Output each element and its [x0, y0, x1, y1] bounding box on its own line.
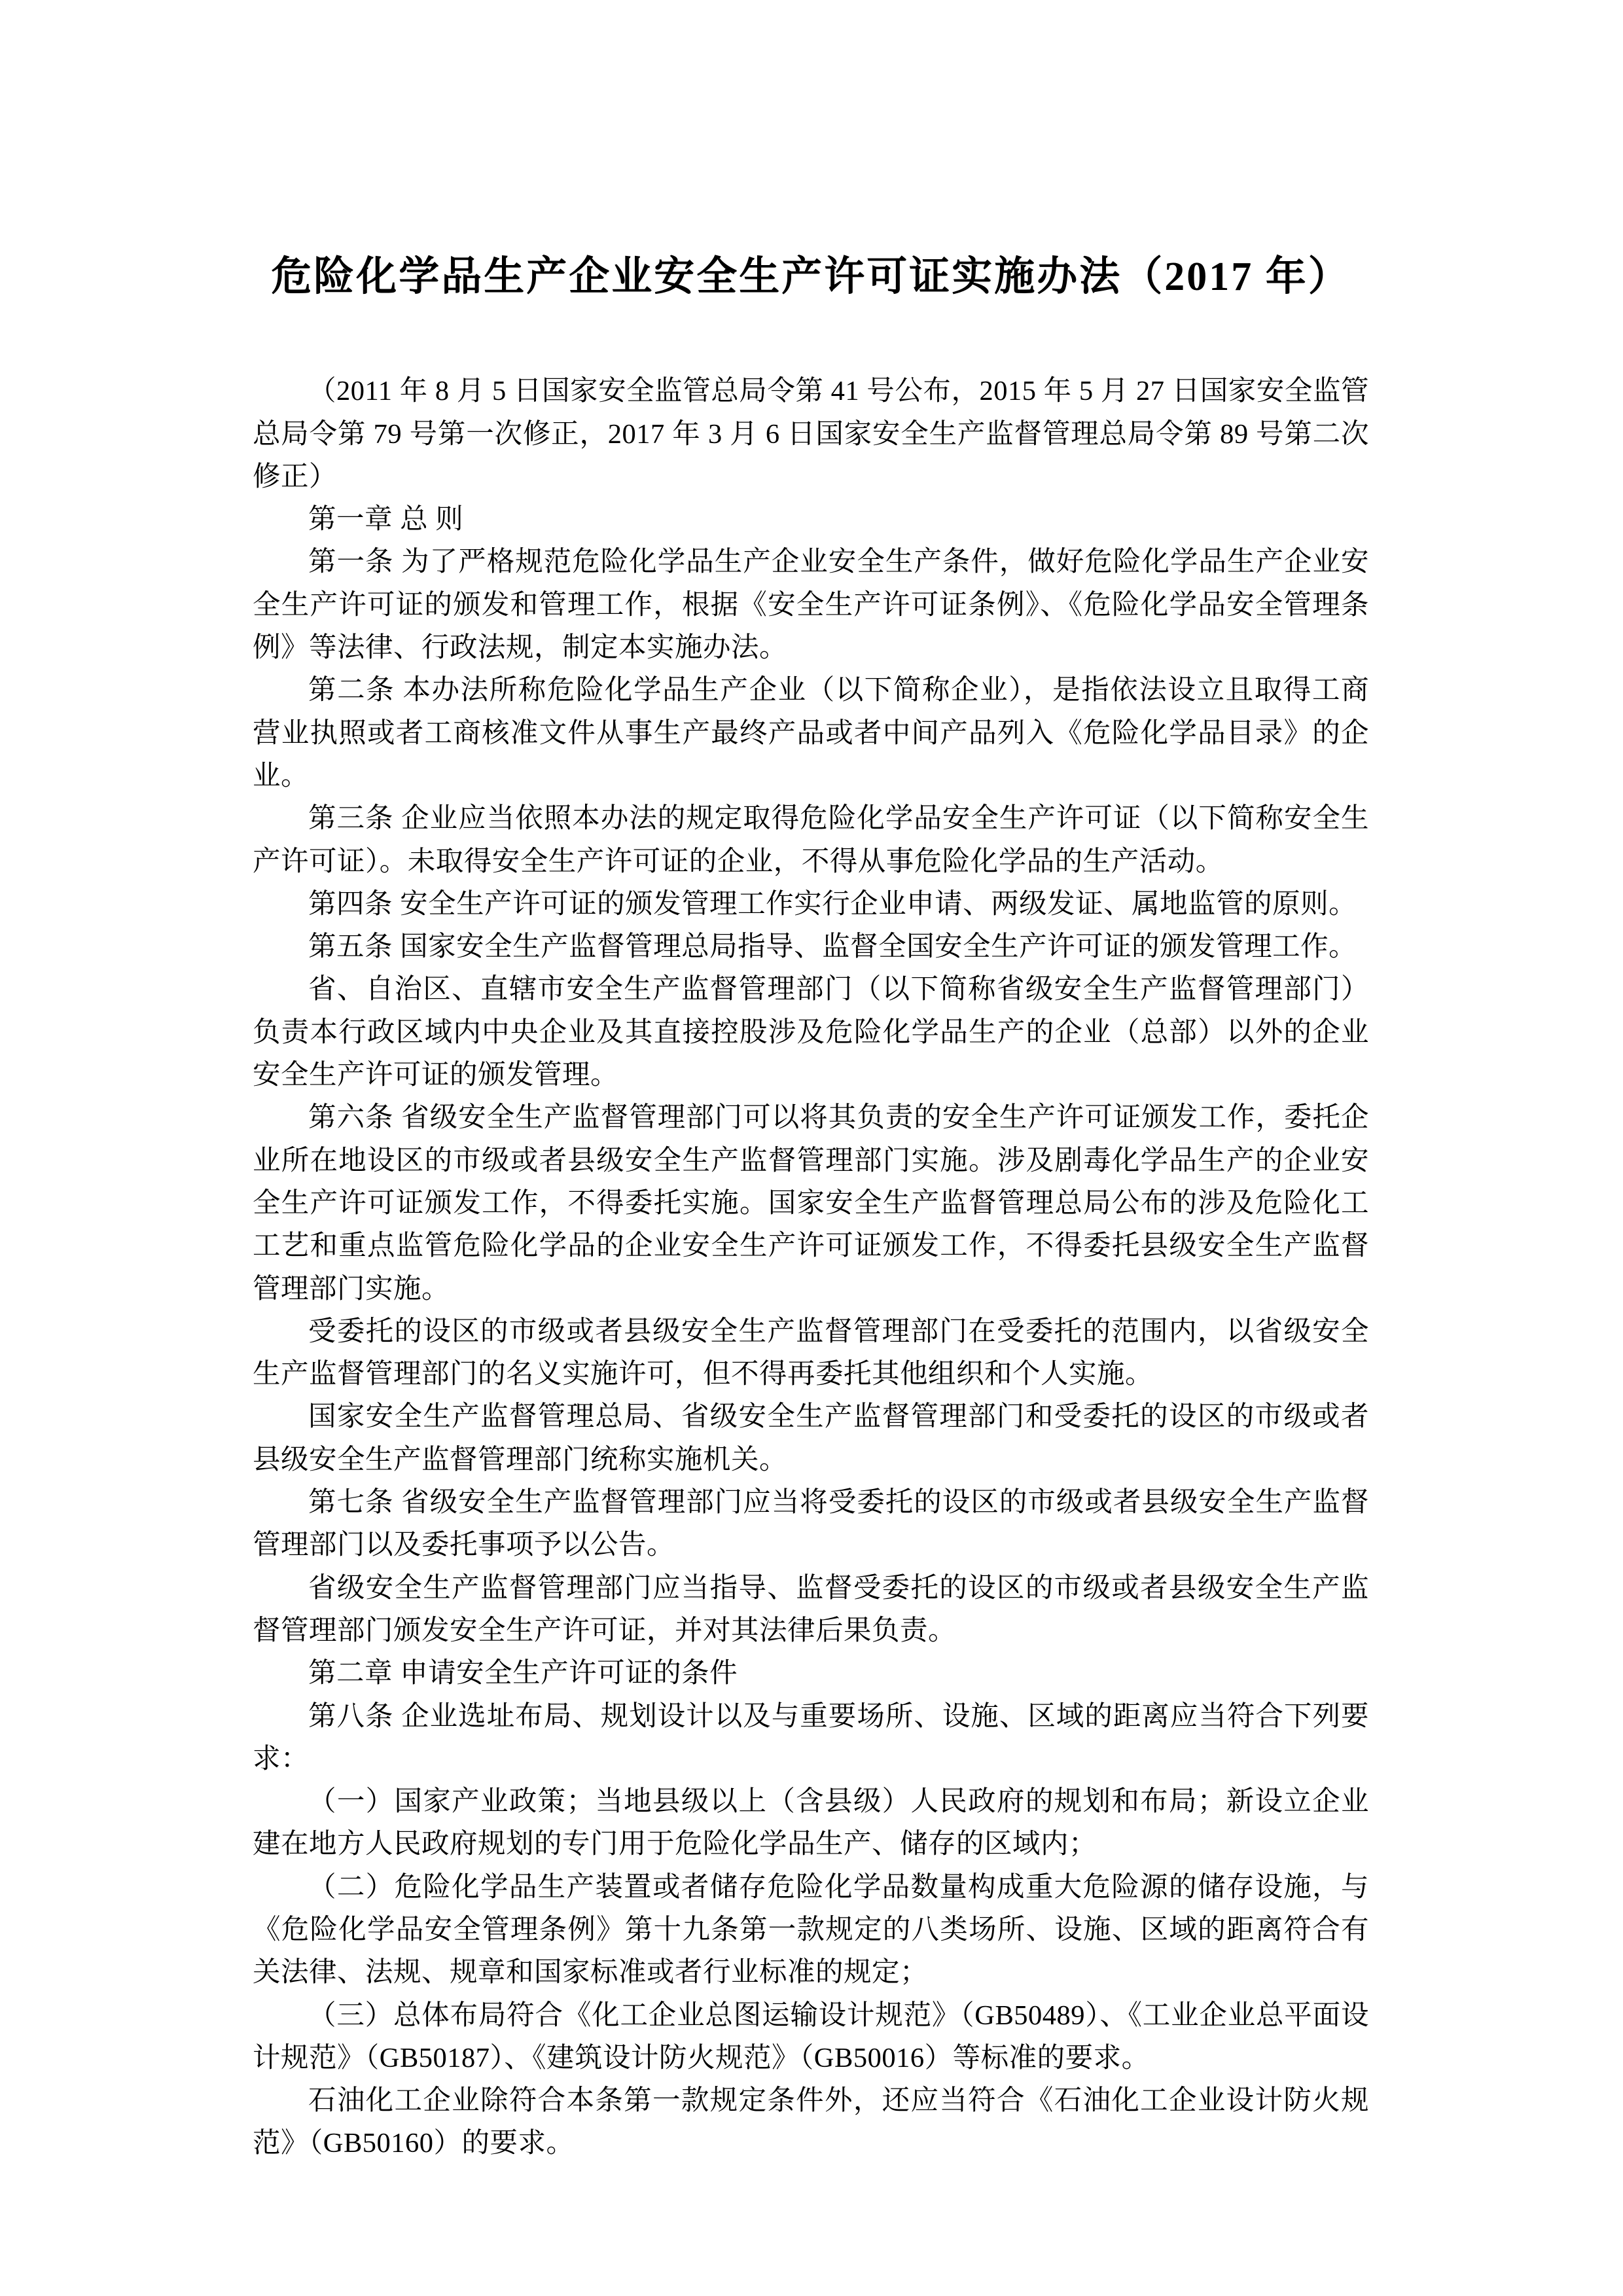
paragraph-article-7-clause-2: 省级安全生产监督管理部门应当指导、监督受委托的设区的市级或者县级安全生产监督管理… [253, 1567, 1369, 1653]
paragraph-article-5-clause-2: 省、自治区、直辖市安全生产监督管理部门（以下简称省级安全生产监督管理部门）负责本… [253, 968, 1369, 1096]
paragraph-article-8: 第八条 企业选址布局、规划设计以及与重要场所、设施、区域的距离应当符合下列要求： [253, 1695, 1369, 1781]
paragraph-article-2: 第二条 本办法所称危险化学品生产企业（以下简称企业），是指依法设立且取得工商营业… [253, 669, 1369, 797]
document-page: 危险化学品生产企业安全生产许可证实施办法（2017 年） （2011 年 8 月… [0, 0, 1623, 2296]
paragraph-article-8-item-1: （一）国家产业政策；当地县级以上（含县级）人民政府的规划和布局；新设立企业建在地… [253, 1780, 1369, 1866]
paragraph-article-5: 第五条 国家安全生产监督管理总局指导、监督全国安全生产许可证的颁发管理工作。 [253, 925, 1369, 968]
paragraph-article-4: 第四条 安全生产许可证的颁发管理工作实行企业申请、两级发证、属地监管的原则。 [253, 883, 1369, 925]
document-body: （2011 年 8 月 5 日国家安全监管总局令第 41 号公布，2015 年 … [253, 370, 1369, 2164]
paragraph-article-3: 第三条 企业应当依照本办法的规定取得危险化学品安全生产许可证（以下简称安全生产许… [253, 797, 1369, 883]
paragraph-article-6: 第六条 省级安全生产监督管理部门可以将其负责的安全生产许可证颁发工作，委托企业所… [253, 1096, 1369, 1310]
document-title: 危险化学品生产企业安全生产许可证实施办法（2017 年） [253, 254, 1369, 300]
chapter-1-heading: 第一章 总 则 [253, 498, 1369, 541]
chapter-2-heading: 第二章 申请安全生产许可证的条件 [253, 1652, 1369, 1695]
paragraph-article-8-clause-2: 石油化工企业除符合本条第一款规定条件外，还应当符合《石油化工企业设计防火规范》（… [253, 2079, 1369, 2165]
paragraph-article-6-clause-3: 国家安全生产监督管理总局、省级安全生产监督管理部门和受委托的设区的市级或者县级安… [253, 1395, 1369, 1481]
paragraph-article-8-item-2: （二）危险化学品生产装置或者储存危险化学品数量构成重大危险源的储存设施，与《危险… [253, 1866, 1369, 1994]
paragraph-article-6-clause-2: 受委托的设区的市级或者县级安全生产监督管理部门在受委托的范围内，以省级安全生产监… [253, 1310, 1369, 1396]
paragraph-article-7: 第七条 省级安全生产监督管理部门应当将受委托的设区的市级或者县级安全生产监督管理… [253, 1481, 1369, 1567]
paragraph-article-1: 第一条 为了严格规范危险化学品生产企业安全生产条件，做好危险化学品生产企业安全生… [253, 541, 1369, 669]
paragraph-article-8-item-3: （三）总体布局符合《化工企业总图运输设计规范》（GB50489）、《工业企业总平… [253, 1994, 1369, 2080]
paragraph-promulgation-note: （2011 年 8 月 5 日国家安全监管总局令第 41 号公布，2015 年 … [253, 370, 1369, 498]
